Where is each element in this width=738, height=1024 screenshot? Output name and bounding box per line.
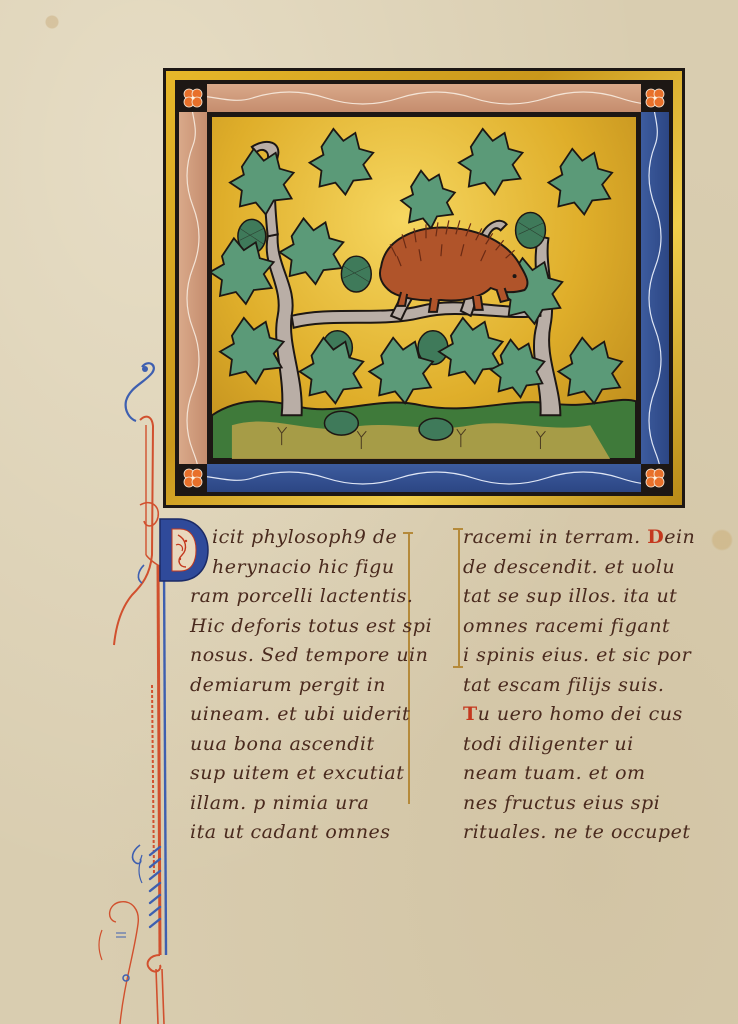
rubricated-initial: T bbox=[463, 703, 478, 725]
frame-band-right bbox=[641, 84, 669, 492]
illuminated-miniature bbox=[163, 68, 685, 508]
text-line: de descendit. et uolu bbox=[463, 553, 723, 583]
frame-band-bottom bbox=[179, 464, 669, 492]
text-line: icit phylosoph9 de bbox=[190, 523, 410, 553]
text-line: nes fructus eius spi bbox=[463, 789, 723, 819]
text-line: nosus. Sed tempore uin bbox=[190, 641, 410, 671]
text-line: demiarum pergit in bbox=[190, 671, 410, 701]
frame-band-left bbox=[179, 84, 207, 492]
manuscript-page: D icit phylosoph9 de herynacio hic figu … bbox=[0, 0, 738, 1024]
text-line: uua bona ascendit bbox=[190, 730, 410, 760]
text-line: ram porcelli lactentis. bbox=[190, 582, 410, 612]
text-column-right: racemi in terram. Dein de descendit. et … bbox=[463, 523, 723, 848]
text-line: Tu uero homo dei cus bbox=[463, 700, 723, 730]
text-line: uineam. et ubi uiderit bbox=[190, 700, 410, 730]
rubricated-initial: D bbox=[647, 526, 664, 548]
rosette-icon bbox=[179, 464, 207, 492]
text-line: illam. p nimia ura bbox=[190, 789, 410, 819]
text-line: ita ut cadant omnes bbox=[190, 818, 410, 848]
vine-scene bbox=[211, 116, 637, 460]
text-column-left: icit phylosoph9 de herynacio hic figu ra… bbox=[190, 523, 410, 848]
text-line: herynacio hic figu bbox=[190, 553, 410, 583]
text-line: i spinis eius. et sic por bbox=[463, 641, 723, 671]
rosette-icon bbox=[179, 84, 207, 112]
text-line: sup uitem et excutiat bbox=[190, 759, 410, 789]
rosette-icon bbox=[641, 464, 669, 492]
rosette-icon bbox=[641, 84, 669, 112]
text-line: Hic deforis totus est spi bbox=[190, 612, 410, 642]
text-line: rituales. ne te occupet bbox=[463, 818, 723, 848]
hedgehog bbox=[380, 220, 528, 311]
text-line: tat escam filijs suis. bbox=[463, 671, 723, 701]
text-line: omnes racemi figant bbox=[463, 612, 723, 642]
text-line: todi diligenter ui bbox=[463, 730, 723, 760]
column-ruling-right bbox=[458, 528, 460, 668]
text-line: tat se sup illos. ita ut bbox=[463, 582, 723, 612]
frame-band-top bbox=[179, 84, 669, 112]
text-line: neam tuam. et om bbox=[463, 759, 723, 789]
text-line: racemi in terram. Dein bbox=[463, 523, 723, 553]
